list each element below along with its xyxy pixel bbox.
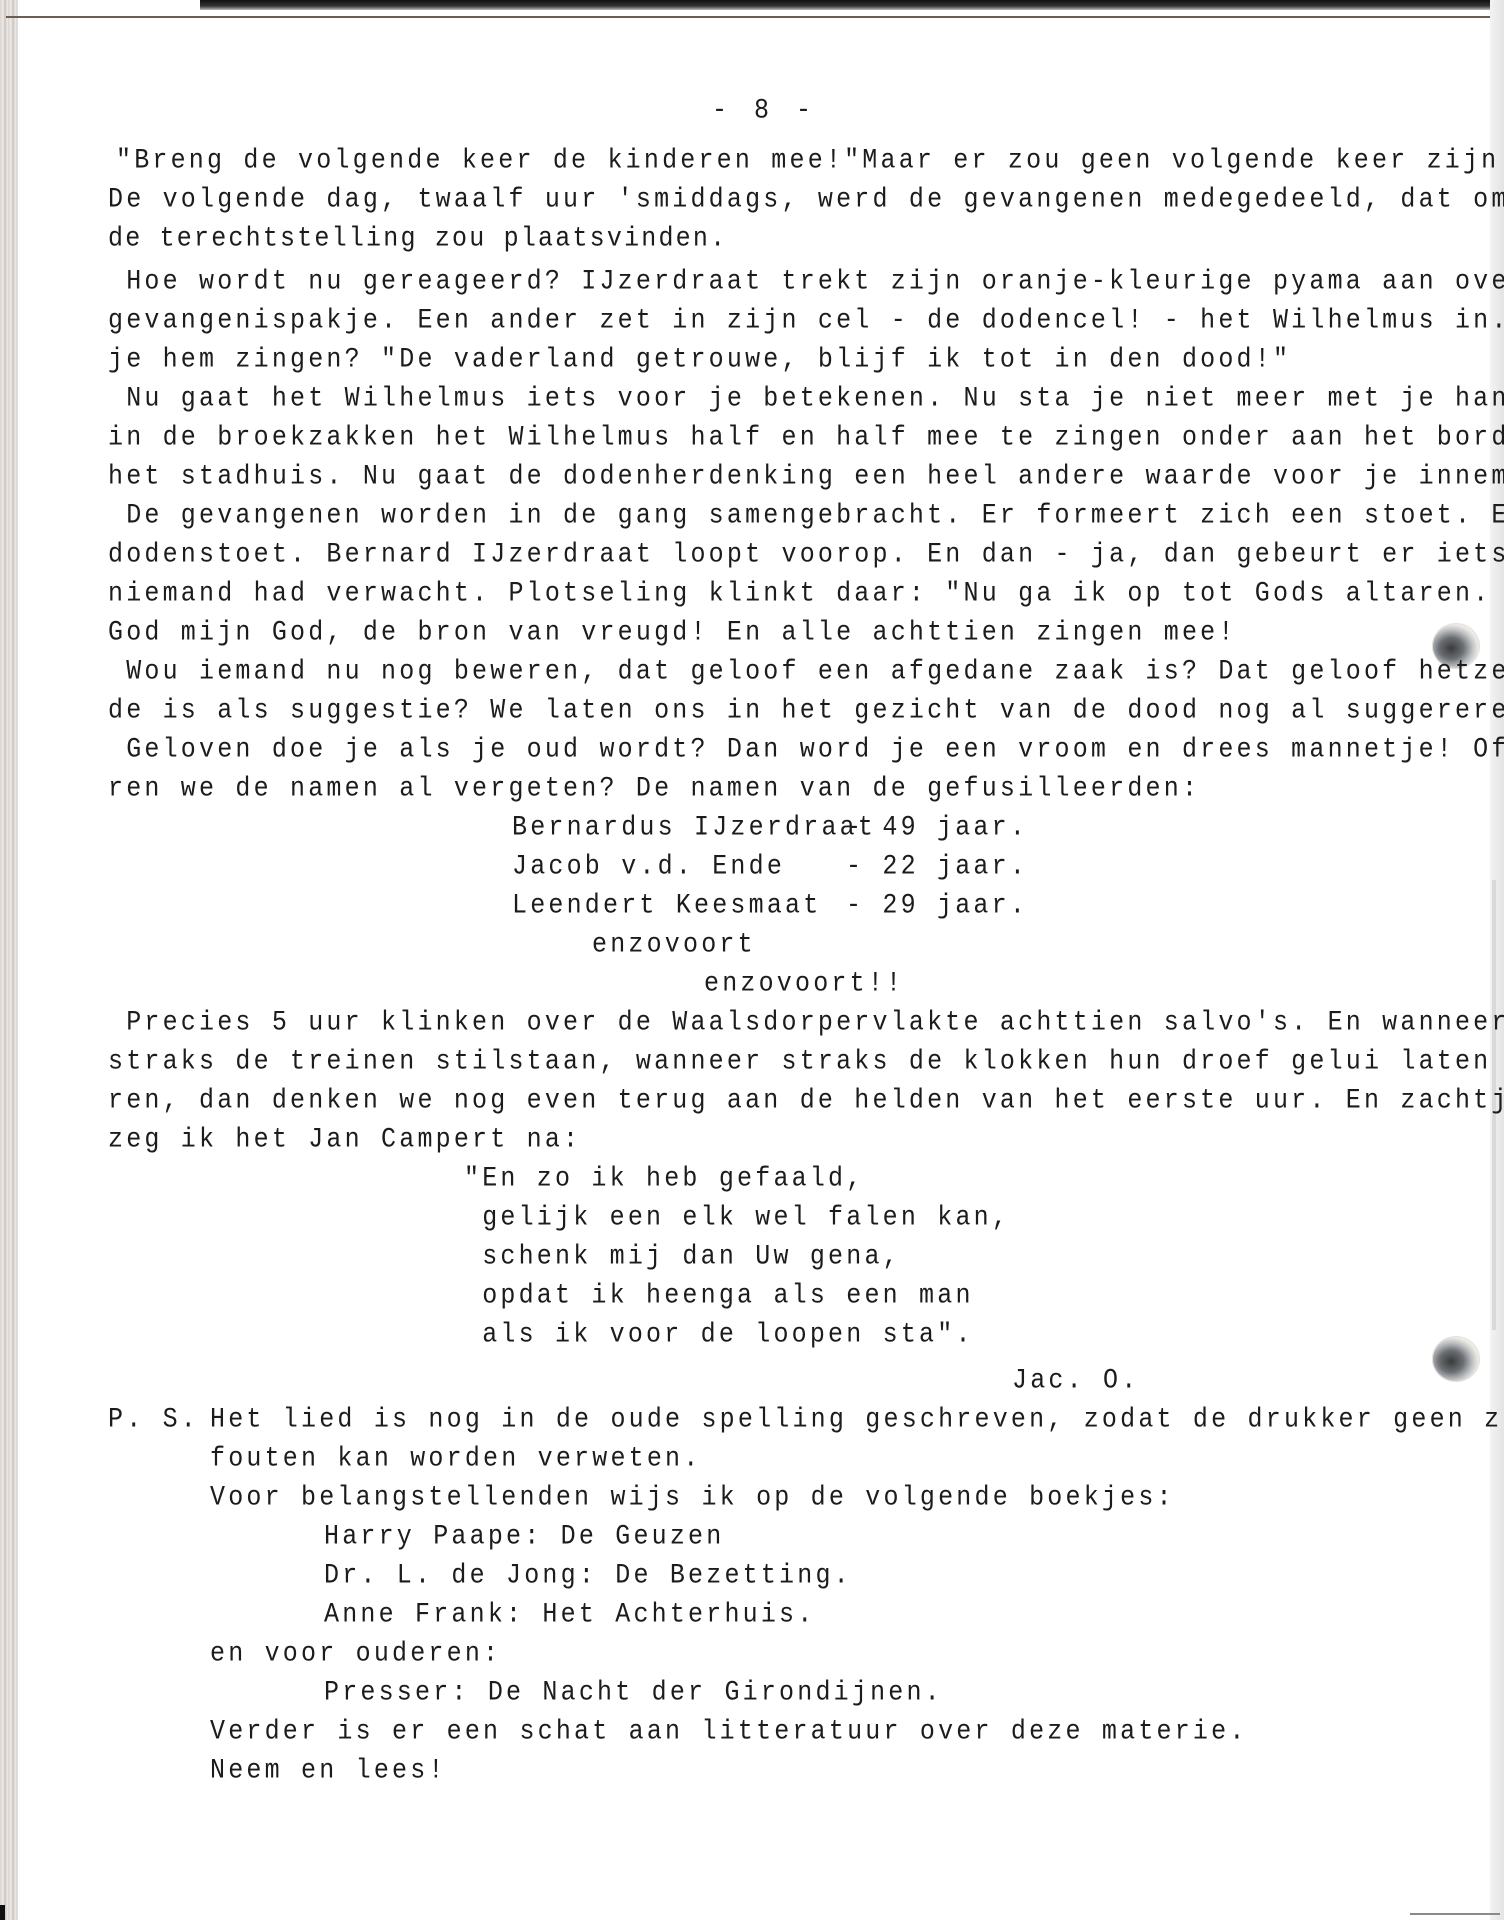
signature: Jac. O. xyxy=(1012,1364,1139,1398)
executed-age: - 49 jaar. xyxy=(846,811,1028,845)
body-line: Precies 5 uur klinken over de Waalsdorpe… xyxy=(108,1006,1504,1040)
executed-age: - 29 jaar. xyxy=(846,889,1028,923)
postscript-line: Voor belangstellenden wijs ik op de volg… xyxy=(210,1481,1175,1515)
postscript-line: Het lied is nog in de oude spelling gesc… xyxy=(210,1403,1504,1437)
body-line: gevangenispakje. Een ander zet in zijn c… xyxy=(108,304,1504,338)
poem-line: als ik voor de loopen sta". xyxy=(464,1318,974,1352)
body-line: het stadhuis. Nu gaat de dodenherdenking… xyxy=(108,460,1504,494)
postscript-closing: Neem en lees! xyxy=(210,1754,447,1788)
body-line: de terechtstelling zou plaatsvinden. xyxy=(108,222,727,256)
body-line: "Breng de volgende keer de kinderen mee!… xyxy=(116,144,1504,178)
executed-name: Jacob v.d. Ende xyxy=(512,850,785,884)
body-line: God mijn God, de bron van vreugd! En all… xyxy=(108,616,1237,650)
executed-age: - 22 jaar. xyxy=(846,850,1028,884)
body-line: ren we de namen al vergeten? De namen va… xyxy=(108,772,1200,806)
body-line: Hoe wordt nu gereageerd? IJzerdraat trek… xyxy=(108,265,1504,299)
enzovoort-emphasis: enzovoort!! xyxy=(704,967,904,1001)
executed-name: Leendert Keesmaat xyxy=(512,889,821,923)
body-line: ren, dan denken we nog even terug aan de… xyxy=(108,1084,1504,1118)
postscript-line: fouten kan worden verweten. xyxy=(210,1442,701,1476)
body-line: je hem zingen? "De vaderland getrouwe, b… xyxy=(108,343,1291,377)
book-reference: Harry Paape: De Geuzen xyxy=(324,1520,724,1554)
poem-line: schenk mij dan Uw gena, xyxy=(464,1240,901,1274)
body-line: Nu gaat het Wilhelmus iets voor je betek… xyxy=(108,382,1504,416)
body-line: zeg ik het Jan Campert na: xyxy=(108,1123,581,1157)
poem-line: gelijk een elk wel falen kan, xyxy=(464,1201,1010,1235)
body-line: de is als suggestie? We laten ons in het… xyxy=(108,694,1504,728)
enzovoort: enzovoort xyxy=(592,928,756,962)
book-reference: Dr. L. de Jong: De Bezetting. xyxy=(324,1559,852,1593)
executed-name: Bernardus IJzerdraat xyxy=(512,811,876,845)
book-reference: Anne Frank: Het Achterhuis. xyxy=(324,1598,815,1632)
body-line: Wou iemand nu nog beweren, dat geloof ee… xyxy=(108,655,1504,689)
poem-line: opdat ik heenga als een man xyxy=(464,1279,974,1313)
body-line: dodenstoet. Bernard IJzerdraat loopt voo… xyxy=(108,538,1504,572)
postscript-line: Verder is er een schat aan litteratuur o… xyxy=(210,1715,1248,1749)
document-page: - 8 - "Breng de volgende keer de kindere… xyxy=(0,0,1504,1920)
page-number: - 8 - xyxy=(712,94,817,128)
postscript-label: P. S. xyxy=(108,1403,199,1437)
poem-line: "En zo ik heb gefaald, xyxy=(464,1162,864,1196)
body-line: niemand had verwacht. Plotseling klinkt … xyxy=(108,577,1504,611)
body-line: straks de treinen stilstaan, wanneer str… xyxy=(108,1045,1504,1079)
body-line: Geloven doe je als je oud wordt? Dan wor… xyxy=(108,733,1504,767)
body-line: in de broekzakken het Wilhelmus half en … xyxy=(108,421,1504,455)
postscript-line: en voor ouderen: xyxy=(210,1637,501,1671)
body-line: De volgende dag, twaalf uur 'smiddags, w… xyxy=(108,183,1504,217)
book-reference: Presser: De Nacht der Girondijnen. xyxy=(324,1676,943,1710)
body-line: De gevangenen worden in de gang samengeb… xyxy=(108,499,1504,533)
